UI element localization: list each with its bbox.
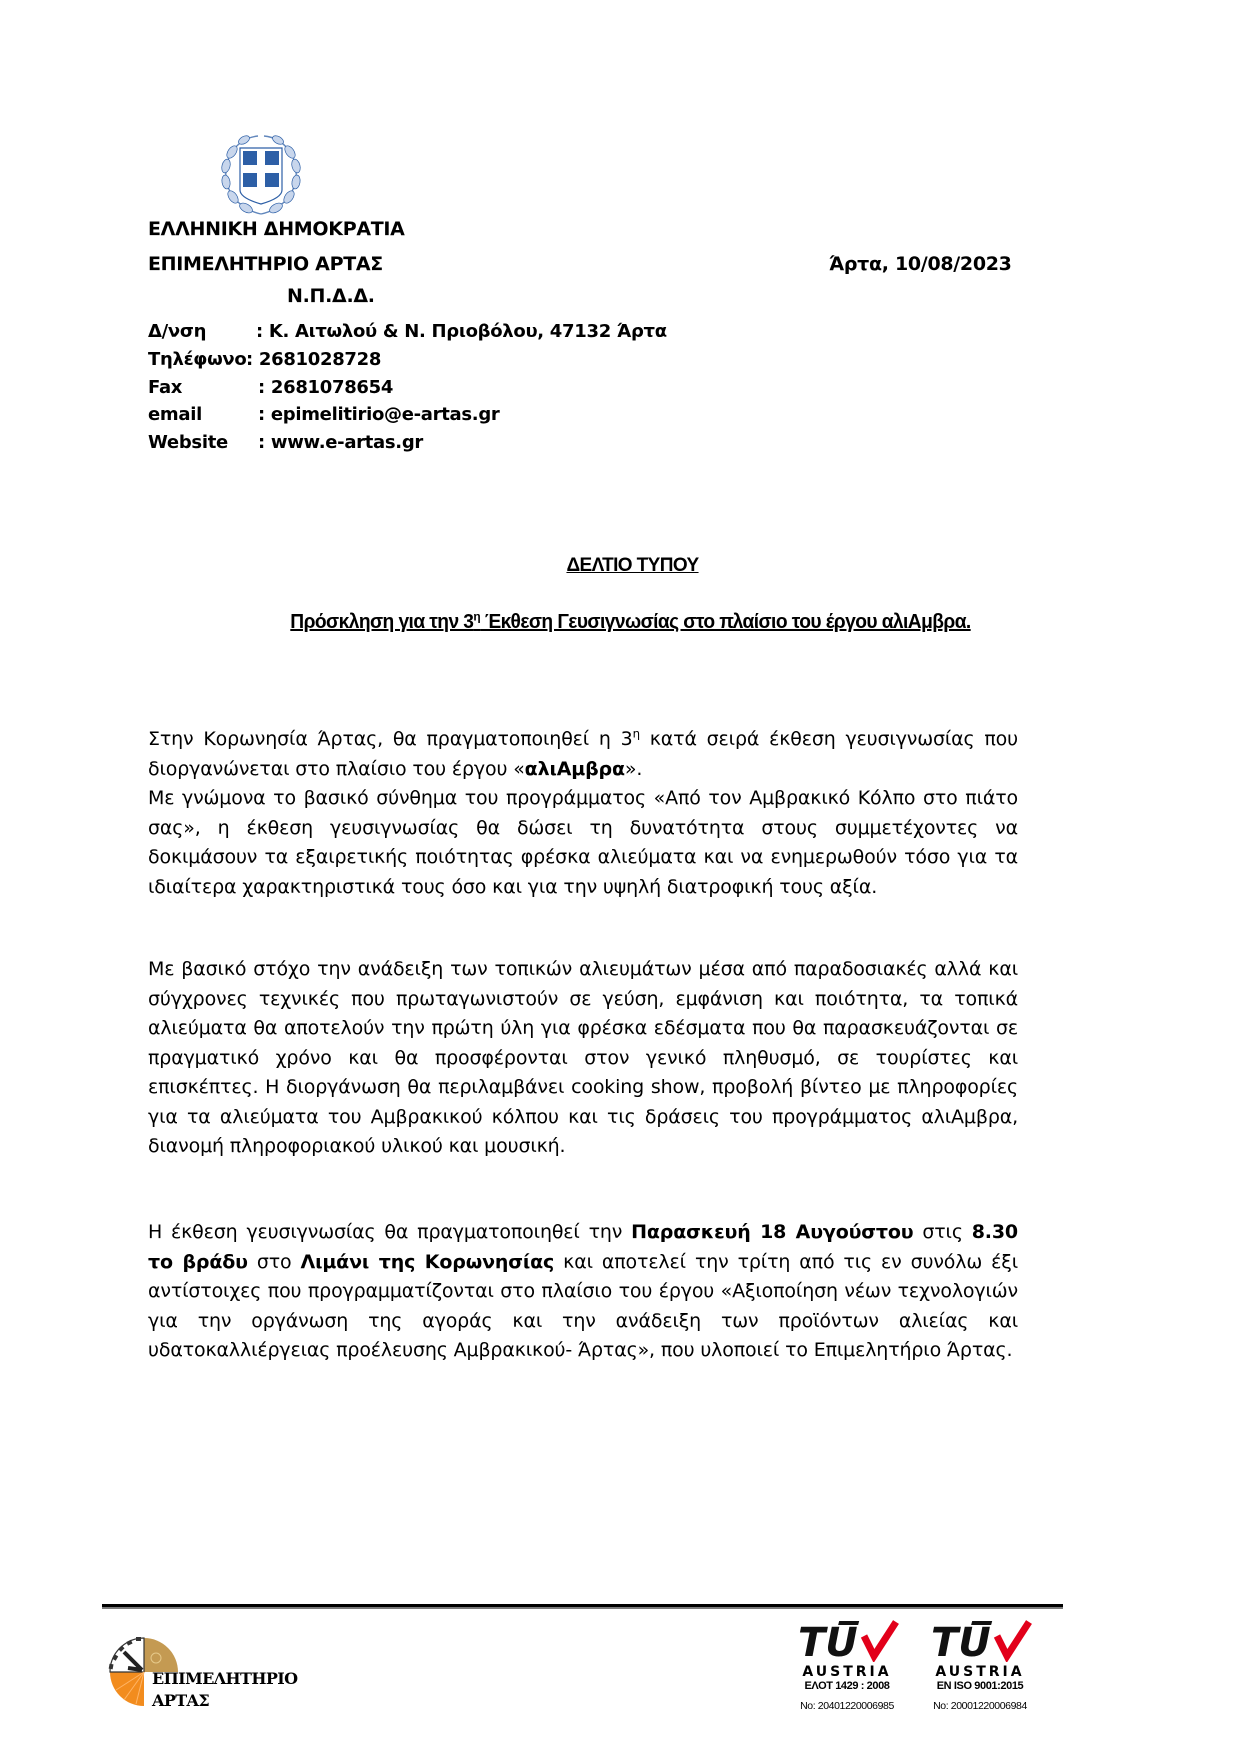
contact-block: Δ/νση : Κ. Αιτωλού & Ν. Πριοβόλου, 47132… <box>148 318 667 457</box>
contact-label: Website <box>148 429 258 457</box>
greek-coat-of-arms-icon <box>218 128 304 218</box>
paragraph-slogan: Με γνώμονα το βασικό σύνθημα του προγράμ… <box>148 784 1018 902</box>
contact-label: Τηλέφωνο <box>148 346 246 374</box>
tuv-logo-icon: TU <box>792 1618 902 1662</box>
contact-website: Website : www.e-artas.gr <box>148 429 667 457</box>
body-paragraph-3: Η έκθεση γευσιγνωσίας θα πραγματοποιηθεί… <box>148 1218 1018 1366</box>
ordinal-superscript: η <box>473 609 480 623</box>
tuv-logo-icon: TU <box>925 1618 1035 1662</box>
legal-form: Ν.Π.Δ.Δ. <box>287 285 375 307</box>
text: στο <box>248 1251 301 1273</box>
svg-text:TU: TU <box>798 1620 858 1662</box>
project-name: αλιΑμβρα <box>525 758 625 780</box>
press-release-heading: ΔΕΛΤΙΟ ΤΥΠΟΥ <box>12 555 1241 577</box>
chamber-logo-text: ΕΠΙΜΕΛΗΤΗΡΙΟ ΑΡΤΑΣ <box>152 1668 298 1712</box>
contact-phone: Τηλέφωνο : 2681028728 <box>148 346 667 374</box>
country-name: ΕΛΛΗΝΙΚΗ ΔΗΜΟΚΡΑΤΙΑ <box>148 218 405 240</box>
contact-label: Fax <box>148 374 258 402</box>
paragraph-intro: Στην Κορωνησία Άρτας, θα πραγματοποιηθεί… <box>148 725 1018 784</box>
logo-line: ΕΠΙΜΕΛΗΤΗΡΙΟ <box>152 1668 298 1690</box>
press-release-subtitle: Πρόσκληση για την 3η Έκθεση Γευσιγνωσίας… <box>35 611 1226 634</box>
event-location: Λιμάνι της Κορωνησίας <box>301 1251 555 1273</box>
contact-fax: Fax : 2681078654 <box>148 374 667 402</box>
subtitle-text: Πρόσκληση για την 3 <box>290 611 473 633</box>
text: Στην Κορωνησία Άρτας, θα πραγματοποιηθεί… <box>148 728 633 750</box>
body-paragraph-1: Στην Κορωνησία Άρτας, θα πραγματοποιηθεί… <box>148 725 1018 902</box>
tuv-certification-1: TU AUSTRIA ΕΛΟΤ 1429 : 2008 No: 20401220… <box>792 1618 902 1712</box>
contact-address: Δ/νση : Κ. Αιτωλού & Ν. Πριοβόλου, 47132… <box>148 318 667 346</box>
text: ». <box>625 758 642 780</box>
contact-email: email : epimelitirio@e-artas.gr <box>148 401 667 429</box>
contact-label: Δ/νση <box>148 318 256 346</box>
subtitle-text: Έκθεση Γευσιγνωσίας στο πλαίσιο του έργο… <box>480 611 971 633</box>
contact-value: : 2681028728 <box>246 346 381 374</box>
tuv-certification-2: TU AUSTRIA EN ISO 9001:2015 No: 20001220… <box>925 1618 1035 1712</box>
event-date: Παρασκευή 18 Αυγούστου <box>631 1221 913 1243</box>
paragraph-text: Με βασικό στόχο την ανάδειξη των τοπικών… <box>148 955 1018 1162</box>
tuv-austria-label: AUSTRIA <box>792 1664 902 1680</box>
text: στις <box>913 1221 971 1243</box>
certification-number: No: 20401220006985 <box>792 1700 902 1712</box>
certification-number: No: 20001220006984 <box>925 1700 1035 1712</box>
paragraph-text: Η έκθεση γευσιγνωσίας θα πραγματοποιηθεί… <box>148 1218 1018 1366</box>
svg-text:TU: TU <box>931 1620 991 1662</box>
ordinal-superscript: η <box>633 727 640 741</box>
certification-standard: ΕΛΟΤ 1429 : 2008 <box>792 1680 902 1693</box>
tuv-austria-label: AUSTRIA <box>925 1664 1035 1680</box>
email-link[interactable]: : epimelitirio@e-artas.gr <box>258 401 500 429</box>
organization-name: ΕΠΙΜΕΛΗΤΗΡΙΟ ΑΡΤΑΣ <box>148 253 383 275</box>
logo-line: ΑΡΤΑΣ <box>152 1690 298 1712</box>
body-paragraph-2: Με βασικό στόχο την ανάδειξη των τοπικών… <box>148 955 1018 1162</box>
website-link[interactable]: : www.e-artas.gr <box>258 429 423 457</box>
document-date: Άρτα, 10/08/2023 <box>829 253 1012 275</box>
footer-divider <box>102 1604 1063 1609</box>
contact-value: : Κ. Αιτωλού & Ν. Πριοβόλου, 47132 Άρτα <box>256 318 667 346</box>
text: Η έκθεση γευσιγνωσίας θα πραγματοποιηθεί… <box>148 1221 631 1243</box>
contact-value: : 2681078654 <box>258 374 393 402</box>
chamber-logo: ΕΠΙΜΕΛΗΤΗΡΙΟ ΑΡΤΑΣ <box>104 1632 284 1714</box>
certification-standard: EN ISO 9001:2015 <box>925 1680 1035 1693</box>
contact-label: email <box>148 401 258 429</box>
